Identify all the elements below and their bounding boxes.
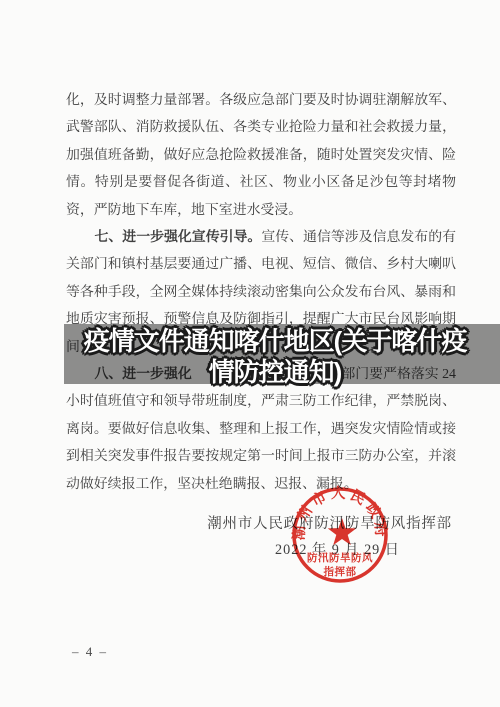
seal-center-line2: 指挥部 <box>324 565 357 578</box>
seal-star-icon <box>328 518 357 545</box>
seal-center-line1: 防汛防旱防风 <box>307 551 373 564</box>
page-number: – 4 – <box>72 644 108 660</box>
overlay-caption: 疫情文件通知喀什地区(关于喀什疫 情防控通知) <box>50 326 500 388</box>
section-7-heading: 七、进一步强化宣传引导。 <box>94 230 261 245</box>
section-8-text: 小时值班值守和领导带班制度，严肃三防工作纪律，严禁脱岗、离岗。要做好信息收集、整… <box>66 388 456 498</box>
document-page: 化，及时调整力量部署。各级应急部门要及时协调驻潮解放军、武警部队、消防救援队伍、… <box>0 0 500 707</box>
signature-line: 潮州市人民政府防汛防旱防风指挥部 <box>66 511 456 537</box>
paragraph-continuation: 化，及时调整力量部署。各级应急部门要及时协调驻潮解放军、武警部队、消防救援队伍、… <box>66 87 456 224</box>
date-line: 2022 年 9 月 29 日 <box>66 537 456 563</box>
official-seal: 潮州市人民政府 防汛防旱防风 指挥部 <box>290 485 390 585</box>
overlay-caption-line2: 情防控通知) <box>50 357 500 388</box>
overlay-caption-line1: 疫情文件通知喀什地区(关于喀什疫 <box>50 326 500 357</box>
